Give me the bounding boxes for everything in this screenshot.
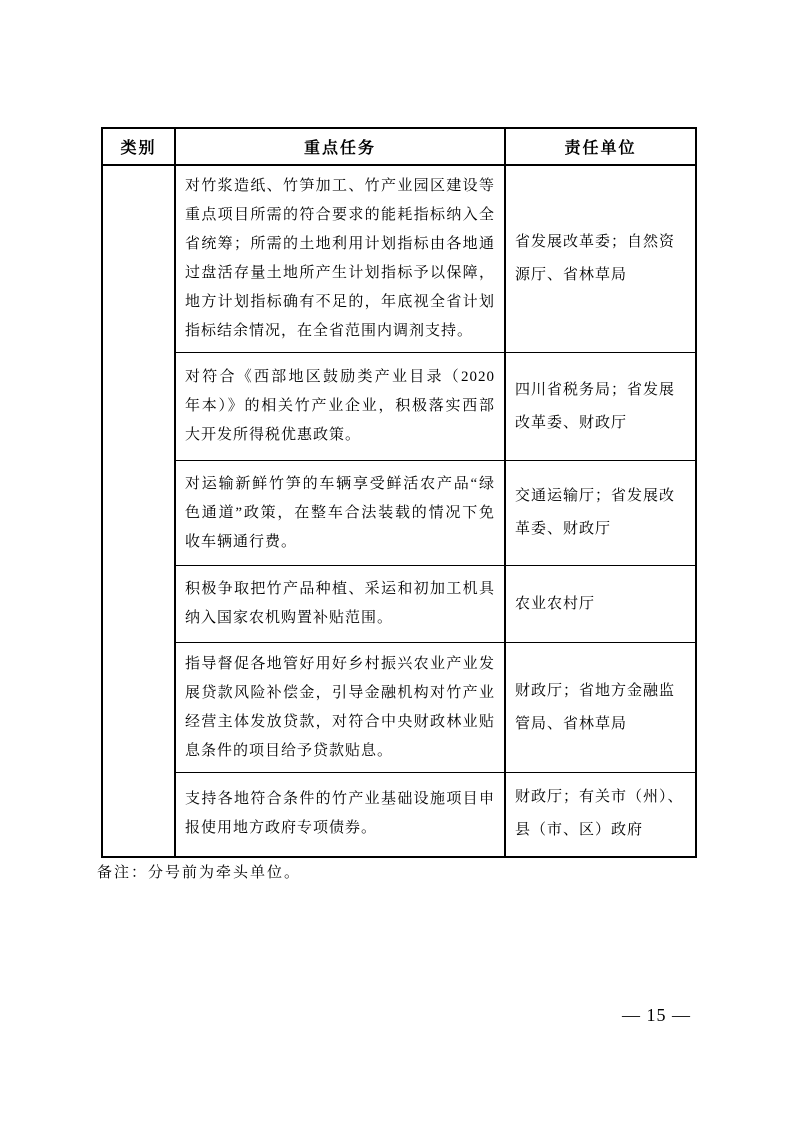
table-row: 对符合《西部地区鼓励类产业目录（2020 年本）》的相关竹产业企业，积极落实西部…	[102, 353, 696, 461]
category-cell	[102, 165, 175, 857]
key-tasks-table: 类别 重点任务 责任单位 对竹浆造纸、竹笋加工、竹产业园区建设等重点项目所需的符…	[101, 127, 697, 858]
unit-cell: 交通运输厅；省发展改革委、财政厅	[505, 461, 696, 566]
table-header-row: 类别 重点任务 责任单位	[102, 128, 696, 165]
task-cell: 对竹浆造纸、竹笋加工、竹产业园区建设等重点项目所需的符合要求的能耗指标纳入全省统…	[175, 165, 505, 353]
header-task: 重点任务	[175, 128, 505, 165]
table-row: 指导督促各地管好用好乡村振兴农业产业发展贷款风险补偿金，引导金融机构对竹产业经营…	[102, 643, 696, 773]
table-row: 支持各地符合条件的竹产业基础设施项目申报使用地方政府专项债券。 财政厅；有关市（…	[102, 773, 696, 857]
table-row: 积极争取把竹产品种植、采运和初加工机具纳入国家农机购置补贴范围。 农业农村厅	[102, 566, 696, 643]
task-cell: 积极争取把竹产品种植、采运和初加工机具纳入国家农机购置补贴范围。	[175, 566, 505, 643]
unit-cell: 财政厅；有关市（州）、县（市、区）政府	[505, 773, 696, 857]
task-cell: 支持各地符合条件的竹产业基础设施项目申报使用地方政府专项债券。	[175, 773, 505, 857]
footnote: 备注：分号前为牵头单位。	[97, 861, 301, 882]
table-row: 对运输新鲜竹笋的车辆享受鲜活农产品“绿色通道”政策，在整车合法装载的情况下免收车…	[102, 461, 696, 566]
unit-cell: 省发展改革委；自然资源厅、省林草局	[505, 165, 696, 353]
unit-cell: 农业农村厅	[505, 566, 696, 643]
header-category: 类别	[102, 128, 175, 165]
table-row: 对竹浆造纸、竹笋加工、竹产业园区建设等重点项目所需的符合要求的能耗指标纳入全省统…	[102, 165, 696, 353]
header-unit: 责任单位	[505, 128, 696, 165]
task-cell: 指导督促各地管好用好乡村振兴农业产业发展贷款风险补偿金，引导金融机构对竹产业经营…	[175, 643, 505, 773]
task-cell: 对符合《西部地区鼓励类产业目录（2020 年本）》的相关竹产业企业，积极落实西部…	[175, 353, 505, 461]
unit-cell: 财政厅；省地方金融监管局、省林草局	[505, 643, 696, 773]
page-number: — 15 —	[622, 1005, 691, 1026]
document-page: 类别 重点任务 责任单位 对竹浆造纸、竹笋加工、竹产业园区建设等重点项目所需的符…	[0, 0, 794, 1123]
unit-cell: 四川省税务局；省发展改革委、财政厅	[505, 353, 696, 461]
task-cell: 对运输新鲜竹笋的车辆享受鲜活农产品“绿色通道”政策，在整车合法装载的情况下免收车…	[175, 461, 505, 566]
